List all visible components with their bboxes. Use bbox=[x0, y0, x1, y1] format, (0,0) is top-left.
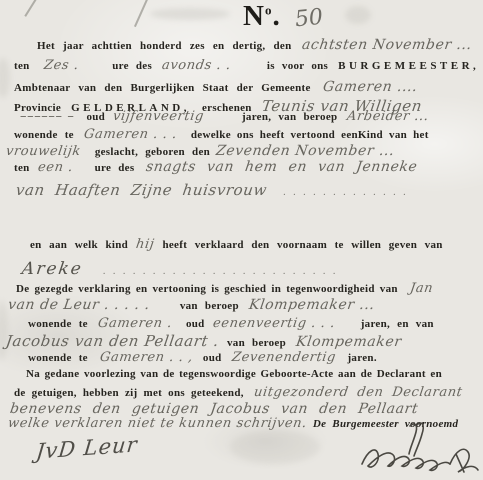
handwritten-text: Klompemaker bbox=[295, 334, 403, 350]
handwritten-text: vrouwelijk bbox=[5, 144, 82, 159]
printed-text: oud bbox=[186, 318, 205, 330]
doc-line-7: vrouwelijk geslacht, geboren den Zevende… bbox=[6, 143, 394, 159]
printed-text: ten bbox=[14, 60, 30, 72]
doc-line-19: benevens den getuigen Jacobus van den Pe… bbox=[10, 401, 418, 417]
handwritten-text: vijfenveertig bbox=[112, 109, 205, 124]
handwritten-text: welke verklaren niet te kunnen schrijven… bbox=[7, 416, 308, 431]
doc-line-2: ten Zes . ure des avonds . . is voor ons… bbox=[14, 58, 479, 73]
printed-text: BURGEMEESTER, bbox=[338, 60, 479, 72]
doc-line-18: de getuigen, hebben zij met ons geteeken… bbox=[14, 385, 462, 400]
doc-line-11: Areke . . . . . . . . . . . . . . . . . … bbox=[22, 259, 338, 279]
handwritten-text: Gameren . bbox=[97, 316, 173, 331]
dotted-filler: . . . . . . . . . . . . . bbox=[283, 187, 408, 198]
printed-text: geslacht, geboren den bbox=[95, 146, 210, 158]
printed-text: Na gedane voorlezing van de tegenswoordi… bbox=[26, 368, 442, 380]
doc-line-12: De gezegde verklaring en vertooning is g… bbox=[16, 281, 433, 296]
doc-line-13: van de Leur . . . . . van beroep Klompem… bbox=[8, 297, 375, 313]
handwritten-text: een . bbox=[37, 160, 74, 175]
doc-line-5: –––––– – oud vijfenveertig jaren, van be… bbox=[20, 109, 429, 124]
handwritten-text: Gameren . . , bbox=[99, 350, 194, 365]
printed-text: wonende te bbox=[14, 129, 74, 141]
printed-text: oud bbox=[203, 352, 222, 364]
printed-text: en aan welk kind bbox=[30, 239, 128, 251]
doc-line-3: Ambtenaar van den Burgerlijken Staat der… bbox=[14, 79, 417, 95]
doc-line-9: van Haaften Zijne huisvrouw . . . . . . … bbox=[16, 181, 408, 199]
printed-text: de getuigen, hebben zij met ons geteeken… bbox=[14, 387, 244, 399]
handwritten-text: van Haaften Zijne huisvrouw bbox=[15, 181, 269, 199]
birth-certificate-scan: No. 50 Het jaar achttien honderd zes en … bbox=[0, 0, 483, 480]
dotted-filler: . . . . . . . . . . . . . . . . . . . . … bbox=[103, 266, 338, 277]
doc-line-8: ten een . ure des snagts van hem en van … bbox=[14, 159, 418, 175]
printed-text: Ambtenaar van den Burgerlijken Staat der… bbox=[14, 82, 311, 94]
document-number-value: 50 bbox=[294, 5, 324, 33]
handwritten-text: Gameren .... bbox=[322, 79, 419, 95]
printed-text: is voor ons bbox=[267, 60, 328, 72]
printed-text: van beroep bbox=[227, 337, 286, 349]
printed-text: jaren, van beroep bbox=[242, 111, 338, 123]
handwritten-text: Jan bbox=[409, 281, 434, 296]
witness-signature: JvD Leur bbox=[35, 432, 139, 463]
handwritten-text: Areke bbox=[21, 259, 85, 279]
burgemeester-signature bbox=[352, 420, 482, 480]
handwritten-text: Gameren . . . bbox=[83, 127, 178, 142]
handwritten-text: Jacobus van den Pellaart . bbox=[5, 332, 221, 350]
handwritten-text: Zes . bbox=[43, 58, 80, 73]
handwritten-text: benevens den getuigen Jacobus van den Pe… bbox=[9, 401, 419, 417]
printed-text: oud bbox=[86, 111, 105, 123]
pen-stroke bbox=[134, 0, 148, 27]
printed-text: wonende te bbox=[28, 352, 88, 364]
doc-line-15: Jacobus van den Pellaart . van beroep Kl… bbox=[6, 332, 402, 350]
handwritten-text: van de Leur . . . . . bbox=[7, 297, 151, 313]
printed-text: heeft verklaard den voornaam te willen g… bbox=[162, 239, 442, 251]
pen-stroke bbox=[24, 0, 37, 17]
ink-smudge bbox=[230, 430, 320, 464]
printed-text: Het jaar achttien honderd zes en dertig,… bbox=[37, 40, 292, 52]
handwritten-text: eenenveertig . . . bbox=[212, 316, 336, 331]
printed-text: ten bbox=[14, 162, 30, 174]
handwritten-text: Klompemaker ... bbox=[248, 297, 376, 313]
scan-edge-smudge bbox=[0, 58, 10, 98]
handwritten-text: –––––– – bbox=[19, 109, 76, 124]
printed-text: van beroep bbox=[180, 300, 239, 312]
handwritten-text: hij bbox=[135, 237, 155, 252]
doc-line-6: wonende te Gameren . . . dewelke ons hee… bbox=[14, 127, 429, 142]
doc-line-14: wonende te Gameren . oud eenenveertig . … bbox=[28, 316, 434, 331]
printed-text: jaren. bbox=[347, 352, 376, 364]
handwritten-text: Zevenden November ... bbox=[215, 143, 396, 159]
handwritten-text: uitgezonderd den Declarant bbox=[253, 385, 464, 400]
printed-text: ure des bbox=[95, 162, 135, 174]
doc-line-10: en aan welk kind hij heeft verklaard den… bbox=[30, 237, 443, 252]
bleedthrough-mark bbox=[150, 8, 230, 20]
doc-line-17: Na gedane voorlezing van de tegenswoordi… bbox=[26, 368, 442, 380]
printed-text: dewelke ons heeft vertoond eenKind van h… bbox=[191, 129, 429, 141]
handwritten-text: Zevenendertig bbox=[230, 350, 336, 365]
doc-line-1: Het jaar achttien honderd zes en dertig,… bbox=[37, 37, 471, 53]
printed-text: De gezegde verklaring en vertooning is g… bbox=[16, 283, 398, 295]
doc-line-16: wonende te Gameren . . , oud Zevenendert… bbox=[28, 350, 377, 365]
bleedthrough-mark bbox=[345, 6, 371, 24]
handwritten-text: achtsten November ... bbox=[300, 37, 472, 53]
handwritten-text: avonds . . bbox=[161, 58, 232, 73]
printed-text: wonende te bbox=[28, 318, 88, 330]
printed-text: ure des bbox=[112, 60, 152, 72]
document-number-label: No. bbox=[243, 0, 281, 33]
handwritten-text: snagts van hem en van Jenneke bbox=[145, 159, 419, 175]
printed-text: jaren, en van bbox=[361, 318, 434, 330]
handwritten-text: Arbeider ... bbox=[346, 109, 430, 124]
